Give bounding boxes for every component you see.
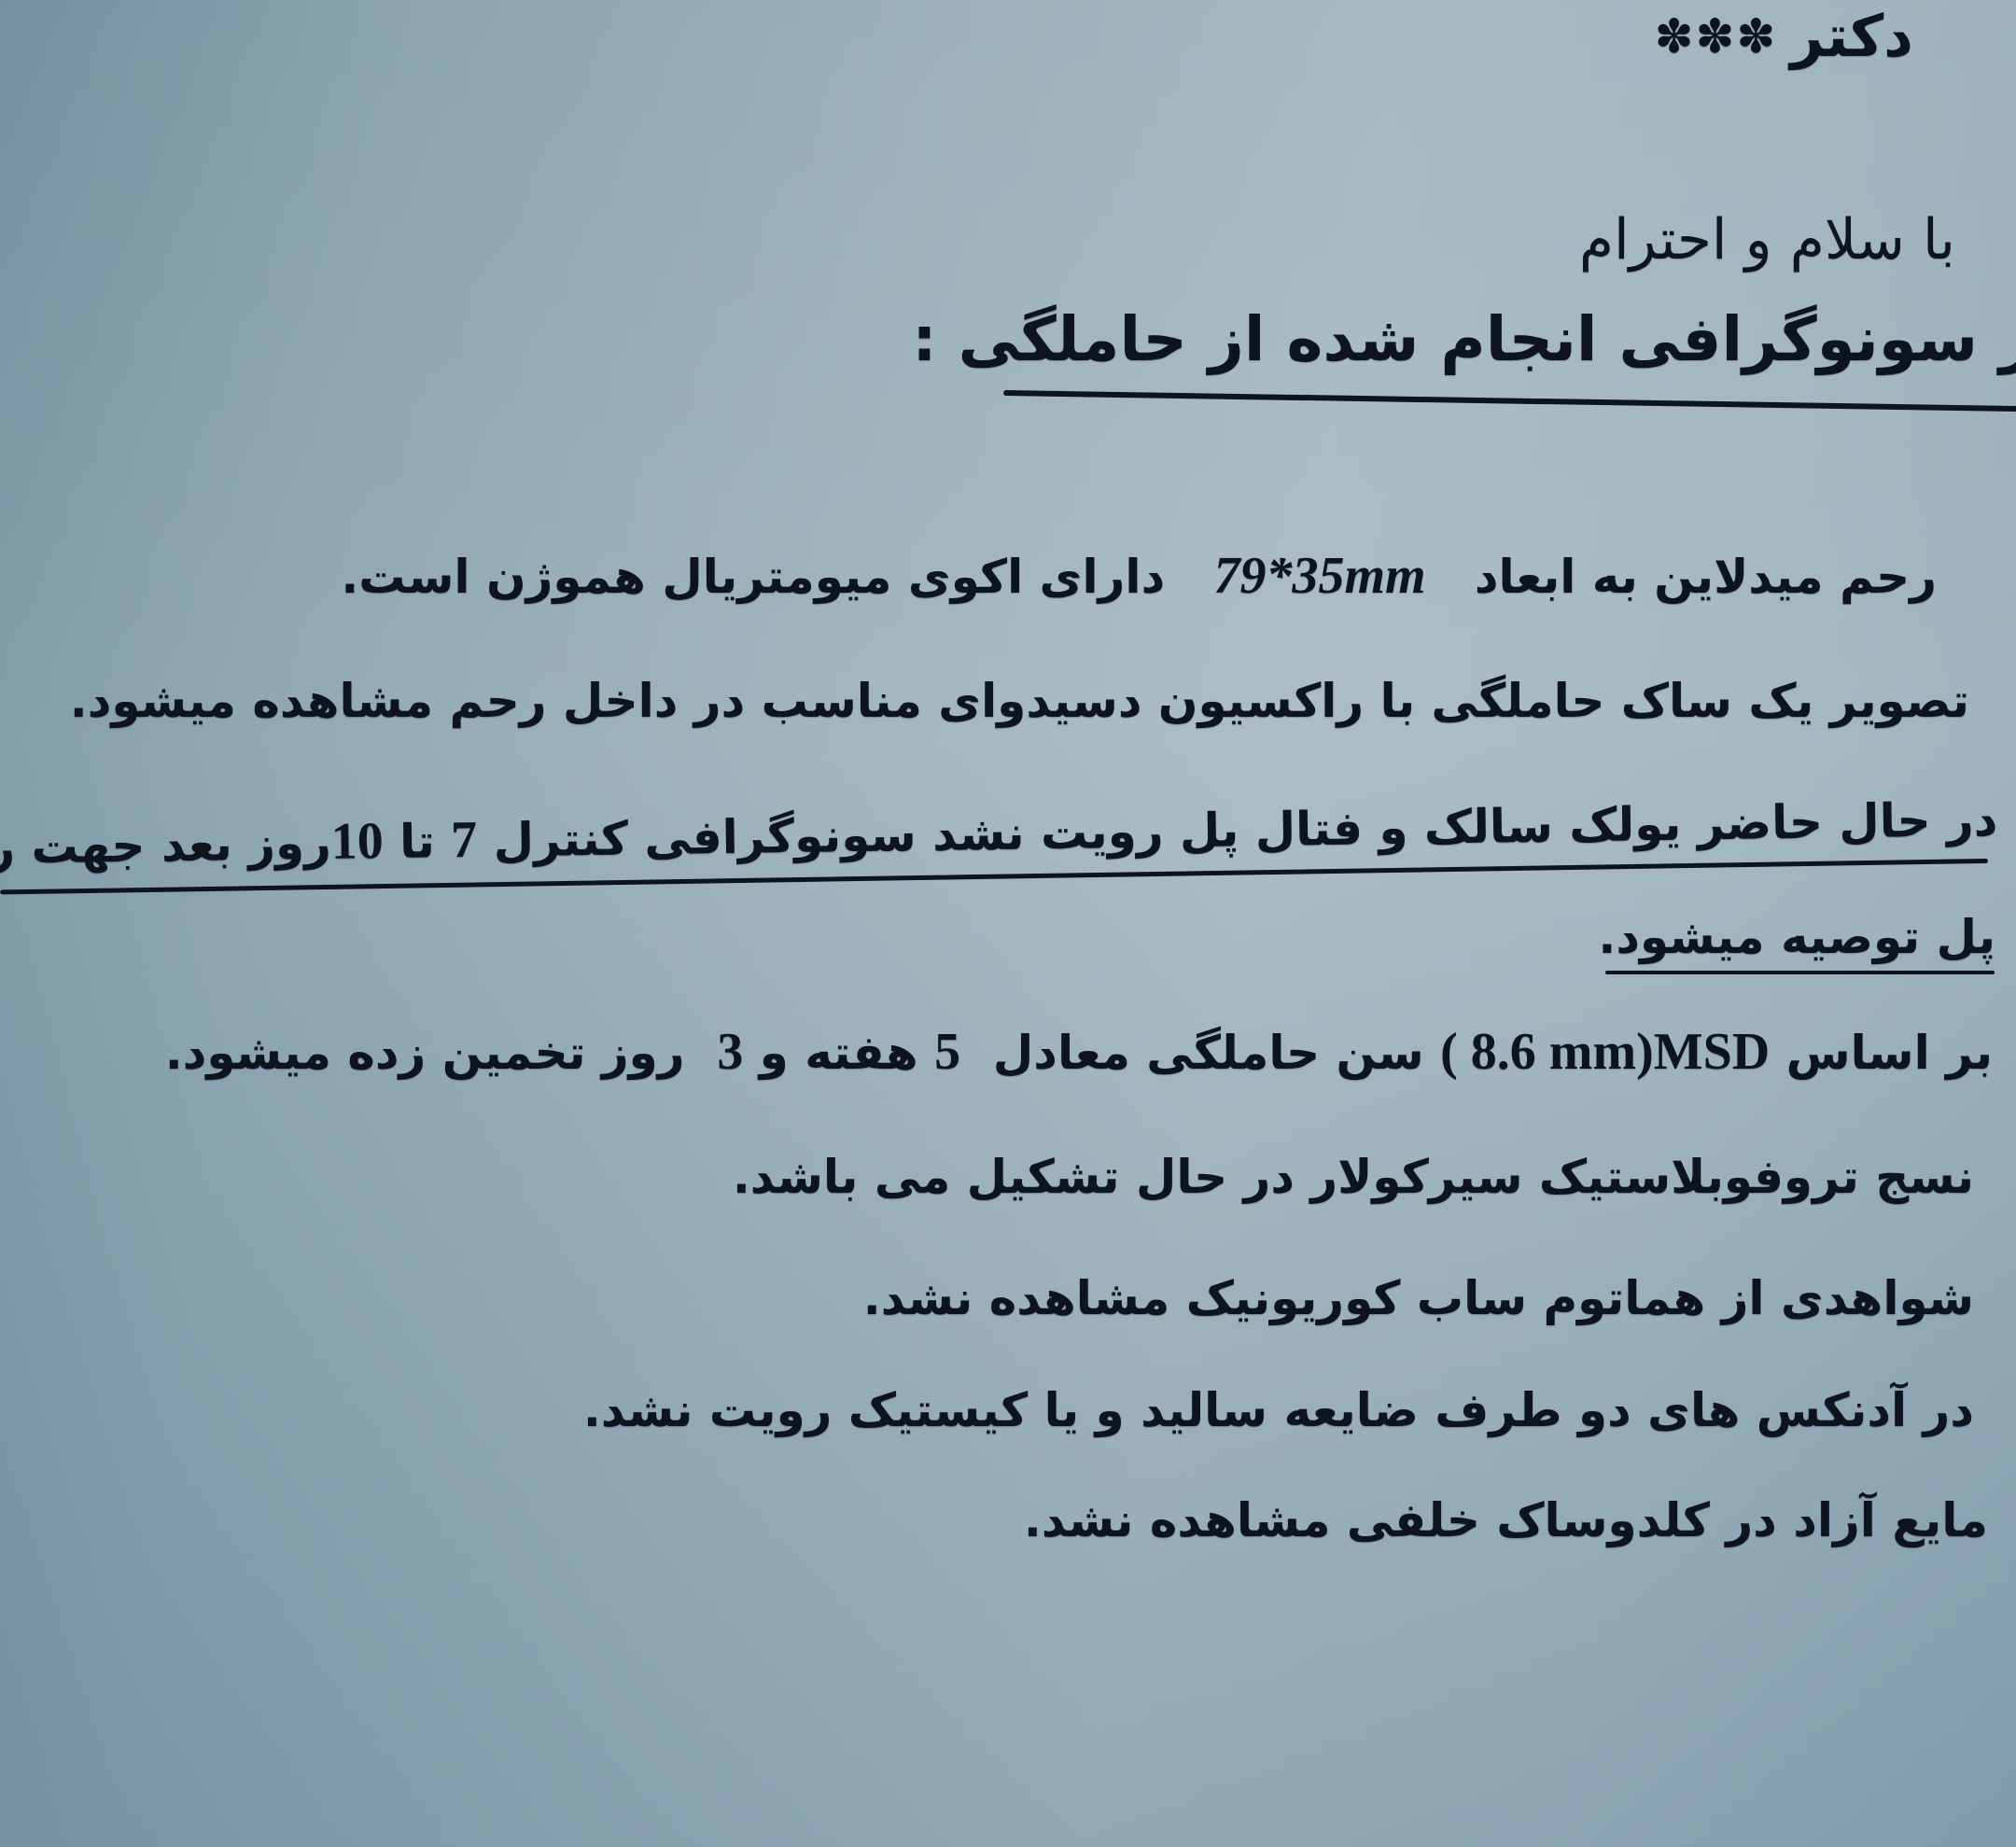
finding-uterus: رحم میدلاین به ابعاد 79*35mm دارای اکوی … (341, 546, 1937, 606)
finding-recommendation: پل توصیه میشود. (1598, 910, 1995, 964)
msd-value: ( 8.6 mm) (1440, 1022, 1654, 1082)
asterisk-icon: ✽✽✽ (1655, 9, 1778, 63)
follow-up-days-from: 7 (450, 811, 477, 869)
doctor-label: دکتر (1790, 2, 1913, 70)
gestational-age-mid: سن حاملگی معادل (993, 1026, 1424, 1080)
finding-uterus-after: دارای اکوی میومتریال هموژن است. (341, 550, 1165, 604)
finding-follow-up-after: روز بعد جهت رو (0, 816, 331, 875)
heading-underline (1003, 390, 2016, 412)
finding-gestational-sac: تصویر یک ساک حاملگی با راکسیون دسیدوای م… (70, 674, 1969, 728)
report-heading: ر سونوگرافی انجام شده از حاملگی : (912, 303, 2016, 375)
greeting: با سلام و احترام (1579, 207, 1955, 273)
doctor-header: دکتر ✽✽✽ (1655, 2, 1913, 70)
gestational-age-before: بر اساس (1786, 1026, 1993, 1080)
recommendation-underline (1605, 971, 1995, 974)
follow-up-mid: تا (399, 814, 434, 869)
finding-hematoma: شواهدی از هماتوم ساب کوریونیک مشاهده نشد… (863, 1271, 1974, 1325)
msd-label: MSD (1654, 1022, 1770, 1082)
gestational-weeks: 5 (934, 1023, 960, 1081)
weeks-label: هفته و (760, 1026, 918, 1080)
finding-uterus-before: رحم میدلاین به ابعاد (1475, 550, 1937, 604)
finding-gestational-age: بر اساس MSD( 8.6 mm) سن حاملگی معادل 5 ه… (165, 1022, 1993, 1082)
finding-adnexa: در آدنکس های دو طرف ضایعه سالید و یا کیس… (583, 1383, 1974, 1437)
finding-free-fluid: مایع آزاد در کلدوساک خلفی مشاهده نشد. (1024, 1493, 1988, 1547)
finding-follow-up-before: در حال حاضر یولک سالک و فتال پل رویت نشد… (493, 792, 1998, 868)
report-page: دکتر ✽✽✽ با سلام و احترام ر سونوگرافی ان… (0, 0, 2016, 1847)
uterus-dimensions: 79*35mm (1213, 546, 1425, 606)
gestational-age-after: روز تخمین زده میشود. (165, 1026, 685, 1080)
gestational-days: 3 (717, 1023, 743, 1081)
finding-trophoblastic-tissue: نسج تروفوبلاستیک سیرکولار در حال تشکیل م… (733, 1150, 1974, 1204)
follow-up-days-to: 10 (330, 812, 384, 871)
